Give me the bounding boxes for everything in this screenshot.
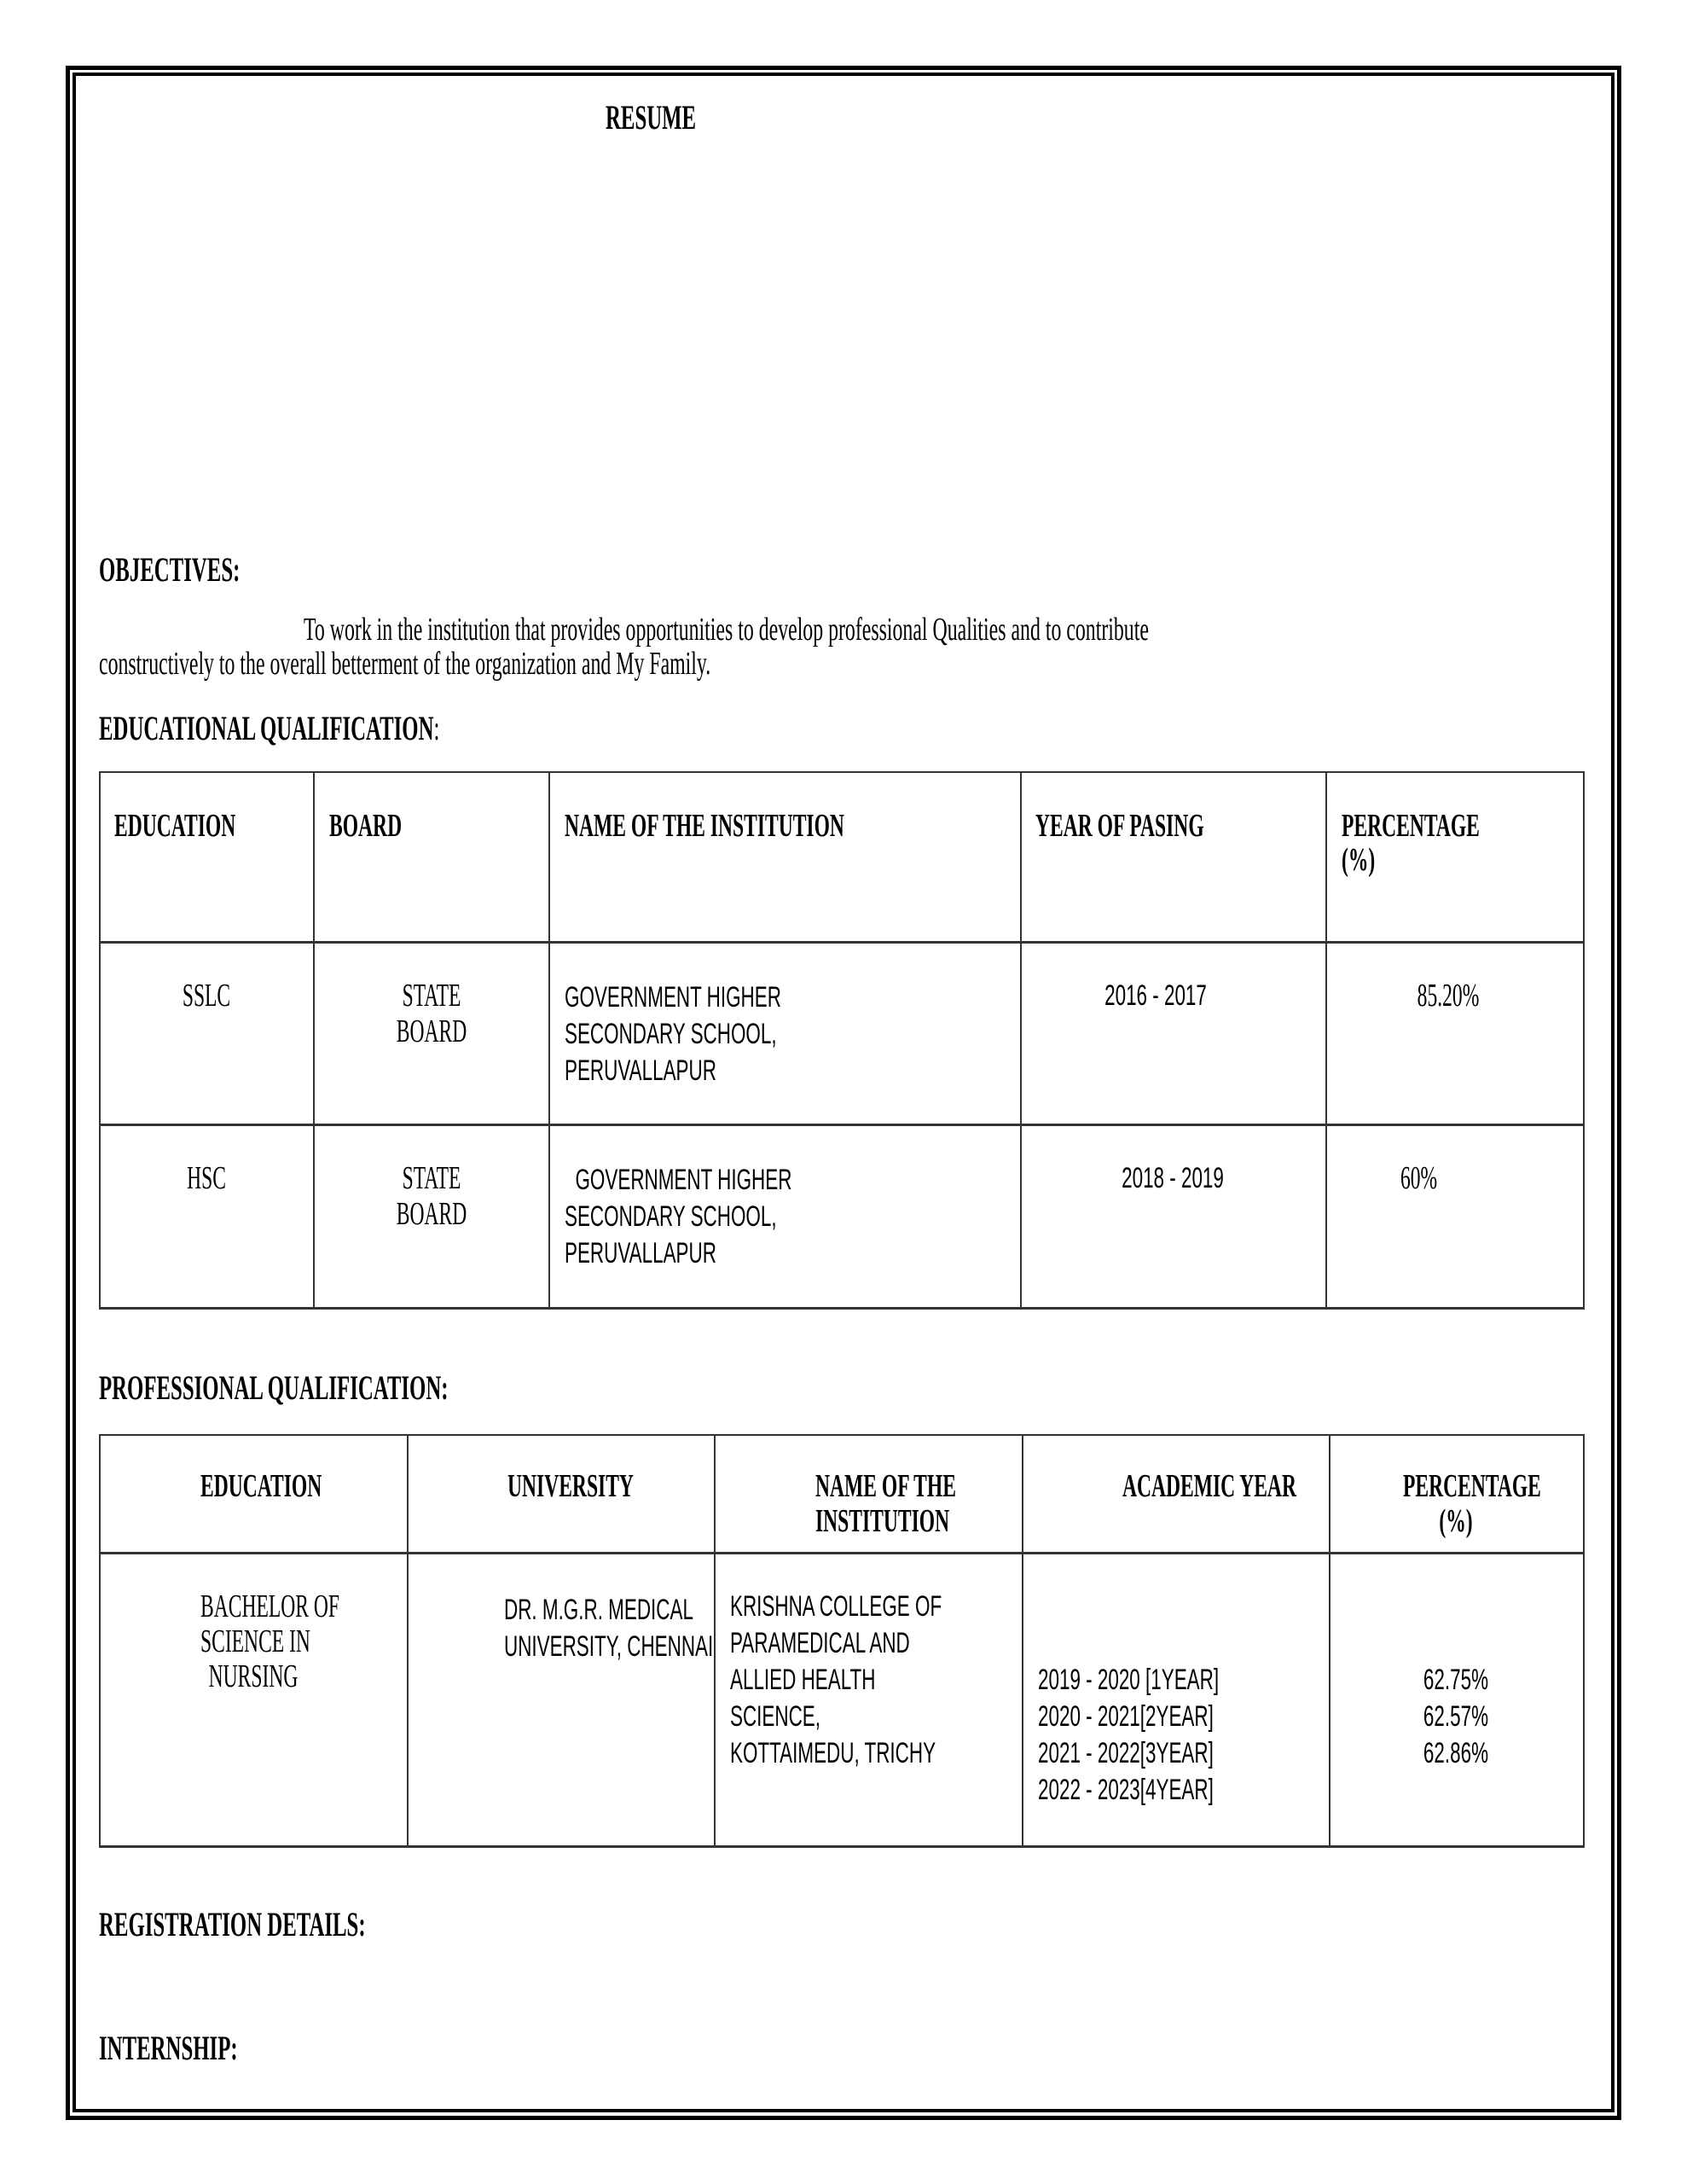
table-line — [313, 771, 315, 1309]
column-header-education: EDUCATION — [200, 1467, 306, 1505]
cell-board-line2: BOARD — [379, 1196, 484, 1232]
table-line — [99, 1434, 1585, 1436]
cell-academic-year-1: 2019 - 2020 [1YEAR] — [1038, 1662, 1219, 1699]
table-line — [99, 1307, 1585, 1310]
column-header-institution: NAME OF THE INSTITUTION — [565, 807, 844, 845]
table-line — [99, 1552, 1585, 1554]
educational-heading-colon: : — [433, 709, 439, 747]
internship-heading: INTERNSHIP: — [99, 2028, 238, 2068]
table-line — [1329, 1434, 1330, 1847]
table-line — [99, 771, 1585, 773]
column-header-education: EDUCATION — [114, 807, 235, 845]
table-line — [99, 1124, 1585, 1126]
cell-year: 2016 - 2017 — [1099, 978, 1212, 1014]
column-header-board: BOARD — [329, 807, 402, 845]
table-line — [1583, 771, 1585, 1309]
table-line — [714, 1434, 716, 1847]
cell-academic-year-4: 2022 - 2023[4YEAR] — [1038, 1772, 1214, 1809]
objectives-text-line2: constructively to the overall betterment… — [99, 645, 710, 682]
cell-institution-line2: SECONDARY SCHOOL, — [565, 1016, 777, 1053]
cell-education-line1: BACHELOR OF — [200, 1589, 306, 1624]
cell-institution-line1: GOVERNMENT HIGHER — [565, 979, 781, 1016]
cell-institution-line2: PARAMEDICAL AND — [730, 1625, 910, 1662]
cell-percentage: 60% — [1400, 1160, 1437, 1196]
column-header-percentage-unit: (%) — [1403, 1502, 1509, 1540]
cell-board-line1: STATE — [379, 978, 484, 1014]
page-border-inner — [72, 73, 1615, 2112]
table-line — [1022, 1434, 1023, 1847]
cell-percentage-1: 62.75% — [1400, 1662, 1512, 1699]
cell-percentage-3: 62.86% — [1400, 1735, 1512, 1772]
column-header-year: YEAR OF PASING — [1035, 807, 1204, 845]
professional-qualification-heading: PROFESSIONAL QUALIFICATION: — [99, 1368, 448, 1408]
cell-academic-year-3: 2021 - 2022[3YEAR] — [1038, 1735, 1214, 1772]
cell-education-line2: SCIENCE IN — [200, 1623, 306, 1659]
column-header-percentage-unit: (%) — [1342, 841, 1375, 879]
table-line — [99, 941, 1585, 944]
cell-institution-line5: KOTTAIMEDU, TRICHY — [730, 1735, 936, 1772]
document-title: RESUME — [606, 97, 696, 137]
cell-year: 2018 - 2019 — [1116, 1160, 1229, 1197]
table-line — [99, 771, 101, 1309]
column-header-university: UNIVERSITY — [507, 1467, 613, 1505]
cell-academic-year-2: 2020 - 2021[2YEAR] — [1038, 1699, 1214, 1735]
table-line — [1325, 771, 1327, 1309]
cell-board-line2: BOARD — [379, 1014, 484, 1049]
educational-heading-text: EDUCATIONAL QUALIFICATION — [99, 709, 433, 747]
cell-education: HSC — [154, 1160, 259, 1196]
educational-qualification-heading: EDUCATIONAL QUALIFICATION: — [99, 708, 439, 748]
cell-education: SSLC — [154, 978, 259, 1014]
column-header-institution-line1: NAME OF THE — [815, 1467, 921, 1505]
cell-university-line1: DR. M.G.R. MEDICAL — [504, 1592, 617, 1629]
column-header-academic-year: ACADEMIC YEAR — [1122, 1467, 1228, 1505]
column-header-percentage: PERCENTAGE — [1403, 1467, 1509, 1505]
cell-institution-line4: SCIENCE, — [730, 1699, 820, 1735]
cell-percentage-2: 62.57% — [1400, 1699, 1512, 1735]
table-line — [548, 771, 550, 1309]
column-header-percentage: PERCENTAGE — [1342, 807, 1480, 845]
objectives-heading: OBJECTIVES: — [99, 549, 240, 590]
table-line — [99, 1845, 1585, 1848]
table-line — [99, 1434, 101, 1847]
objectives-text-line1: To work in the institution that provides… — [304, 611, 1149, 648]
cell-institution-line2: SECONDARY SCHOOL, — [565, 1199, 777, 1235]
cell-percentage: 85.20% — [1395, 978, 1501, 1014]
cell-institution-line3: ALLIED HEALTH — [730, 1662, 875, 1699]
cell-institution-line3: PERUVALLAPUR — [565, 1053, 716, 1089]
cell-university-line2: UNIVERSITY, CHENNAI — [504, 1629, 617, 1665]
table-line — [407, 1434, 409, 1847]
cell-institution-line1: GOVERNMENT HIGHER — [565, 1162, 791, 1199]
registration-details-heading: REGISTRATION DETAILS: — [99, 1904, 366, 1944]
table-line — [1020, 771, 1022, 1309]
table-line — [1583, 1434, 1585, 1847]
cell-institution-line1: KRISHNA COLLEGE OF — [730, 1589, 942, 1625]
cell-board-line1: STATE — [379, 1160, 484, 1196]
cell-institution-line3: PERUVALLAPUR — [565, 1235, 716, 1272]
column-header-institution-line2: INSTITUTION — [815, 1502, 921, 1540]
cell-education-line3: NURSING — [200, 1658, 306, 1694]
